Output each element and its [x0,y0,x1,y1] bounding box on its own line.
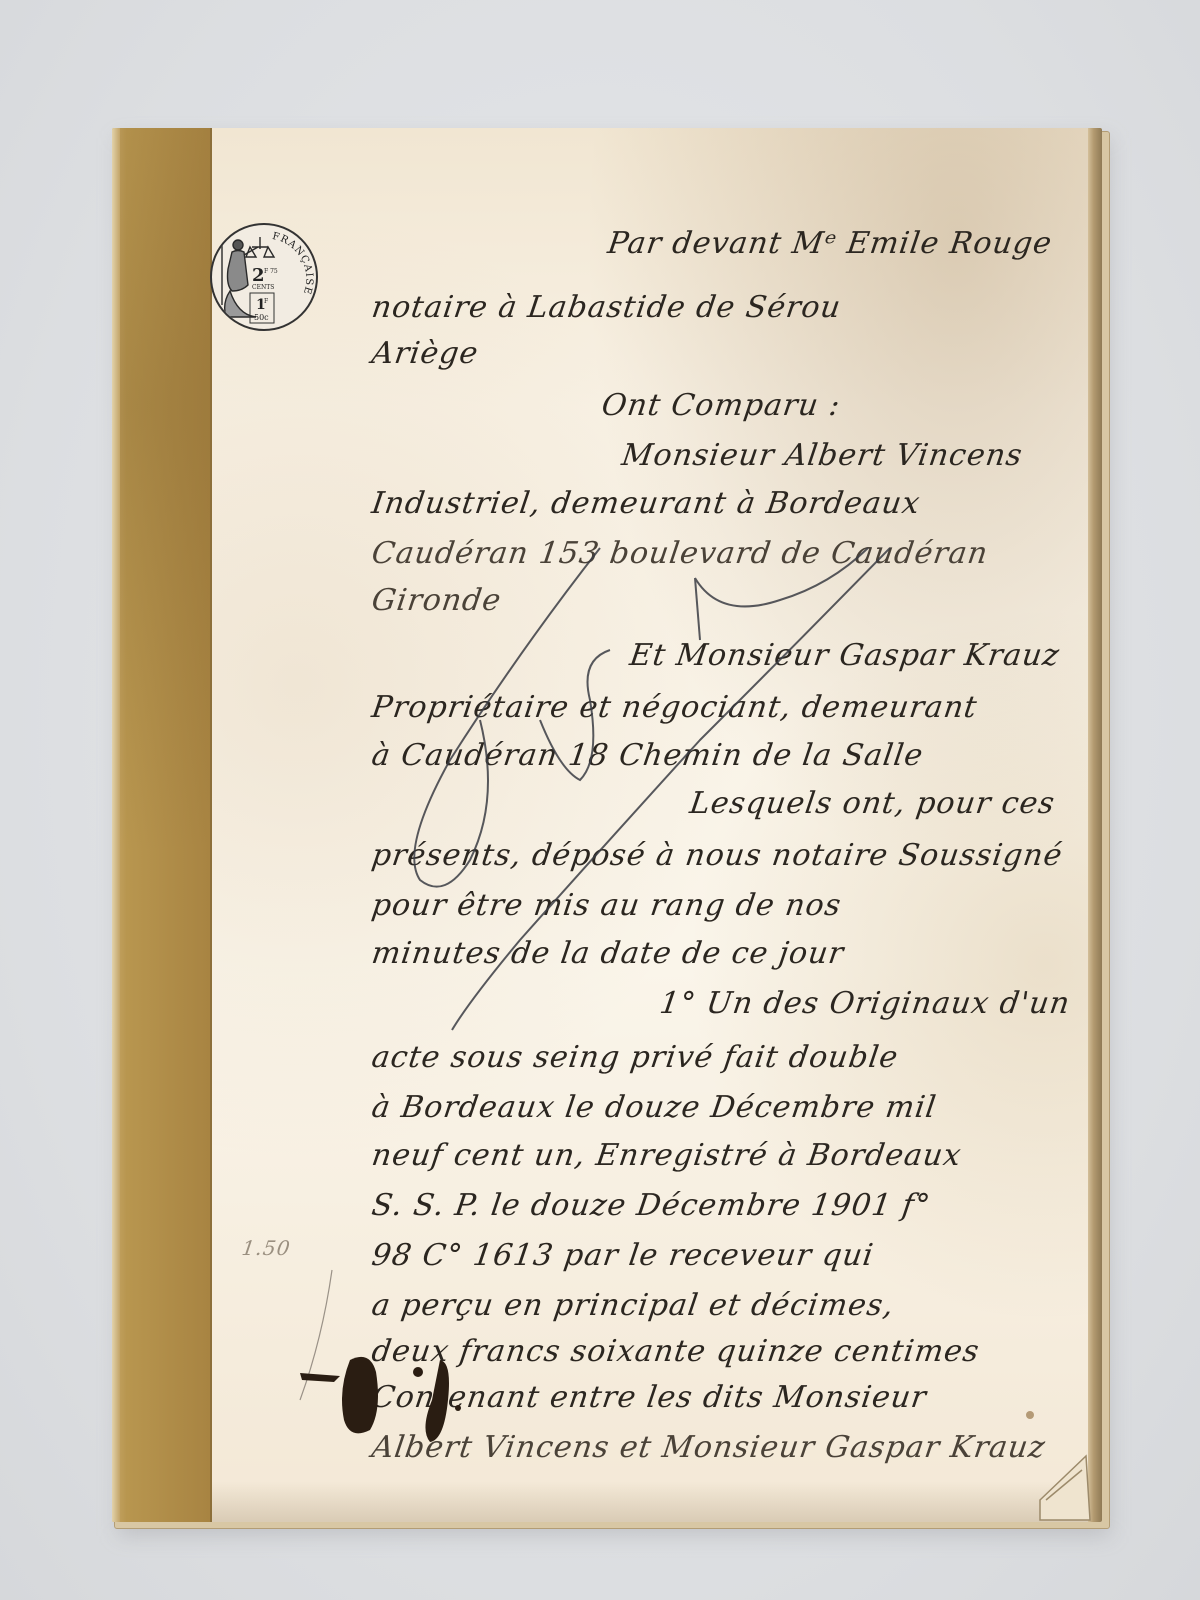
svg-text:2: 2 [252,265,265,286]
hw-line: Ont Comparu : [600,388,843,423]
hw-line: à Bordeaux le douze Décembre mil [370,1090,939,1125]
justice-figure-with-scales-icon: 2 F 75 CENTS 1 F 50c FRANÇAISE [212,225,316,329]
page-edges [1088,128,1102,1522]
svg-text:CENTS: CENTS [252,284,274,291]
hw-line: 98 C° 1613 par le receveur qui [370,1238,877,1273]
hw-line: présents, déposé à nous notaire Soussign… [370,838,1065,873]
hw-line: Contenant entre les dits Monsieur [370,1380,930,1415]
hw-line: deux francs soixante quinze centimes [370,1334,982,1369]
margin-note: 1.50 [240,1236,292,1260]
hw-line: Industriel, demeurant à Bordeaux [370,486,923,521]
svg-text:FRANÇAISE: FRANÇAISE [271,231,314,296]
hw-line: notaire à Labastide de Sérou [370,290,844,325]
hw-line: Et Monsieur Gaspar Krauz [628,638,1062,673]
hw-line: acte sous seing privé fait double [370,1040,901,1075]
hw-line: Albert Vincens et Monsieur Gaspar Krauz [370,1430,1048,1465]
hw-line: pour être mis au rang de nos [370,888,844,923]
hw-line: Ariège [370,336,481,371]
hw-line: Caudéran 153 boulevard de Caudéran [370,536,991,571]
hw-line: Monsieur Albert Vincens [620,438,1025,473]
hw-line: neuf cent un, Enregistré à Bordeaux [370,1138,964,1173]
hw-line: Gironde [370,583,504,618]
paper-stain [210,1482,1088,1522]
svg-text:50c: 50c [254,313,269,322]
hw-line: à Caudéran 18 Chemin de la Salle [370,738,926,773]
hw-line: Propriétaire et négociant, demeurant [370,690,980,725]
hw-line: a perçu en principal et décimes, [370,1288,897,1323]
hw-line: Par devant Mᵉ Emile Rouge [606,226,1055,261]
hw-line: S. S. P. le douze Décembre 1901 f° [370,1188,933,1223]
hw-line: Lesquels ont, pour ces [688,786,1058,821]
svg-text:F: F [264,298,268,305]
revenue-stamp: 2 F 75 CENTS 1 F 50c FRANÇAISE [210,223,318,331]
ochre-spine-strip [112,128,212,1522]
svg-text:F 75: F 75 [264,268,278,275]
hw-line: 1° Un des Originaux d'un [658,986,1073,1021]
hw-line: minutes de la date de ce jour [370,936,847,971]
spine-edge [112,128,120,1522]
